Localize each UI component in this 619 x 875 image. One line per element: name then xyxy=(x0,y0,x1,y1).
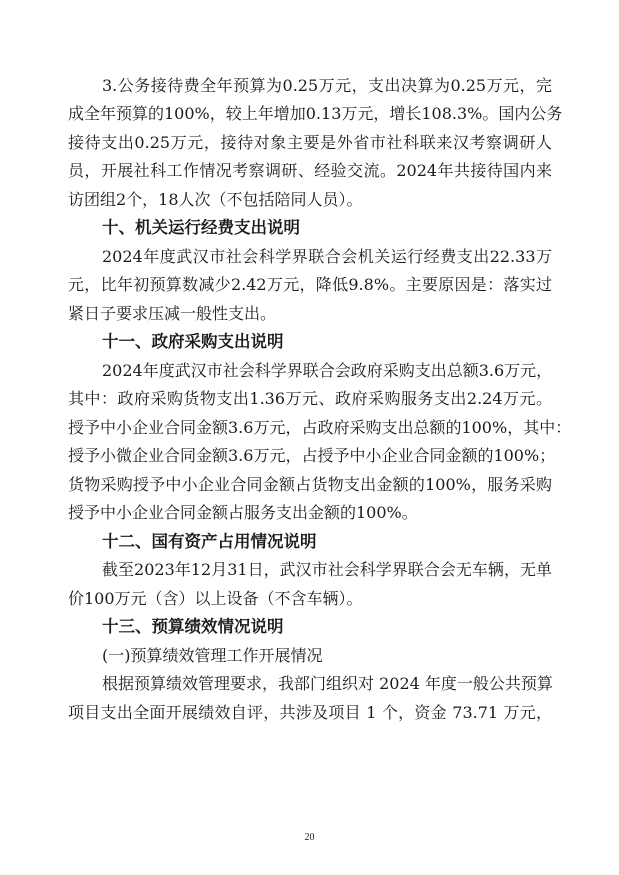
document-page: 3.公务接待费全年预算为0.25万元，支出决算为0.25万元，完 成全年预算的1… xyxy=(0,0,619,875)
section-heading-12: 十二、国有资产占用情况说明 xyxy=(102,528,317,556)
paragraph-line: 成全年预算的100%，较上年增加0.13万元，增长108.3%。国内公务 xyxy=(68,100,552,128)
paragraph-line: 接待支出0.25万元，接待对象主要是外省市社科联来汉考察调研人 xyxy=(68,129,552,157)
paragraph-line: 紧日子要求压减一般性支出。 xyxy=(68,300,552,328)
paragraph-line: 根据预算绩效管理要求，我部门组织对 2024 年度一般公共预算 xyxy=(102,670,552,698)
paragraph-line: 授予中小企业合同金额3.6万元，占政府采购支出总额的100%，其中： xyxy=(68,414,552,442)
paragraph-line: 2024年度武汉市社会科学界联合会政府采购支出总额3.6万元， xyxy=(102,357,552,385)
paragraph-line: 员，开展社科工作情况考察调研、经验交流。2024年共接待国内来 xyxy=(68,157,552,185)
paragraph-line: 价100万元（含）以上设备（不含车辆）。 xyxy=(68,585,552,613)
subsection-heading: (一)预算绩效管理工作开展情况 xyxy=(102,642,323,670)
section-heading-13: 十三、预算绩效情况说明 xyxy=(102,613,284,641)
paragraph-line: 元，比年初预算数减少2.42万元，降低9.8%。主要原因是：落实过 xyxy=(68,271,552,299)
paragraph-line: 3.公务接待费全年预算为0.25万元，支出决算为0.25万元，完 xyxy=(102,72,552,100)
paragraph-line: 授予中小企业合同金额占服务支出金额的100%。 xyxy=(68,499,552,527)
section-heading-10: 十、机关运行经费支出说明 xyxy=(102,214,300,242)
paragraph-line: 授予小微企业合同金额3.6万元，占授予中小企业合同金额的100%； xyxy=(68,442,552,470)
paragraph-line: 其中：政府采购货物支出1.36万元、政府采购服务支出2.24万元。 xyxy=(68,385,552,413)
paragraph-line: 截至2023年12月31日，武汉市社会科学界联合会无车辆，无单 xyxy=(102,556,552,584)
section-heading-11: 十一、政府采购支出说明 xyxy=(102,328,284,356)
page-number: 20 xyxy=(0,832,619,843)
paragraph-line: 货物采购授予中小企业合同金额占货物支出金额的100%，服务采购 xyxy=(68,471,552,499)
paragraph-line: 项目支出全面开展绩效自评，共涉及项目 1 个，资金 73.71 万元， xyxy=(68,699,552,727)
paragraph-line: 访团组2个，18人次（不包括陪同人员）。 xyxy=(68,186,552,214)
paragraph-line: 2024年度武汉市社会科学界联合会机关运行经费支出22.33万 xyxy=(102,243,552,271)
